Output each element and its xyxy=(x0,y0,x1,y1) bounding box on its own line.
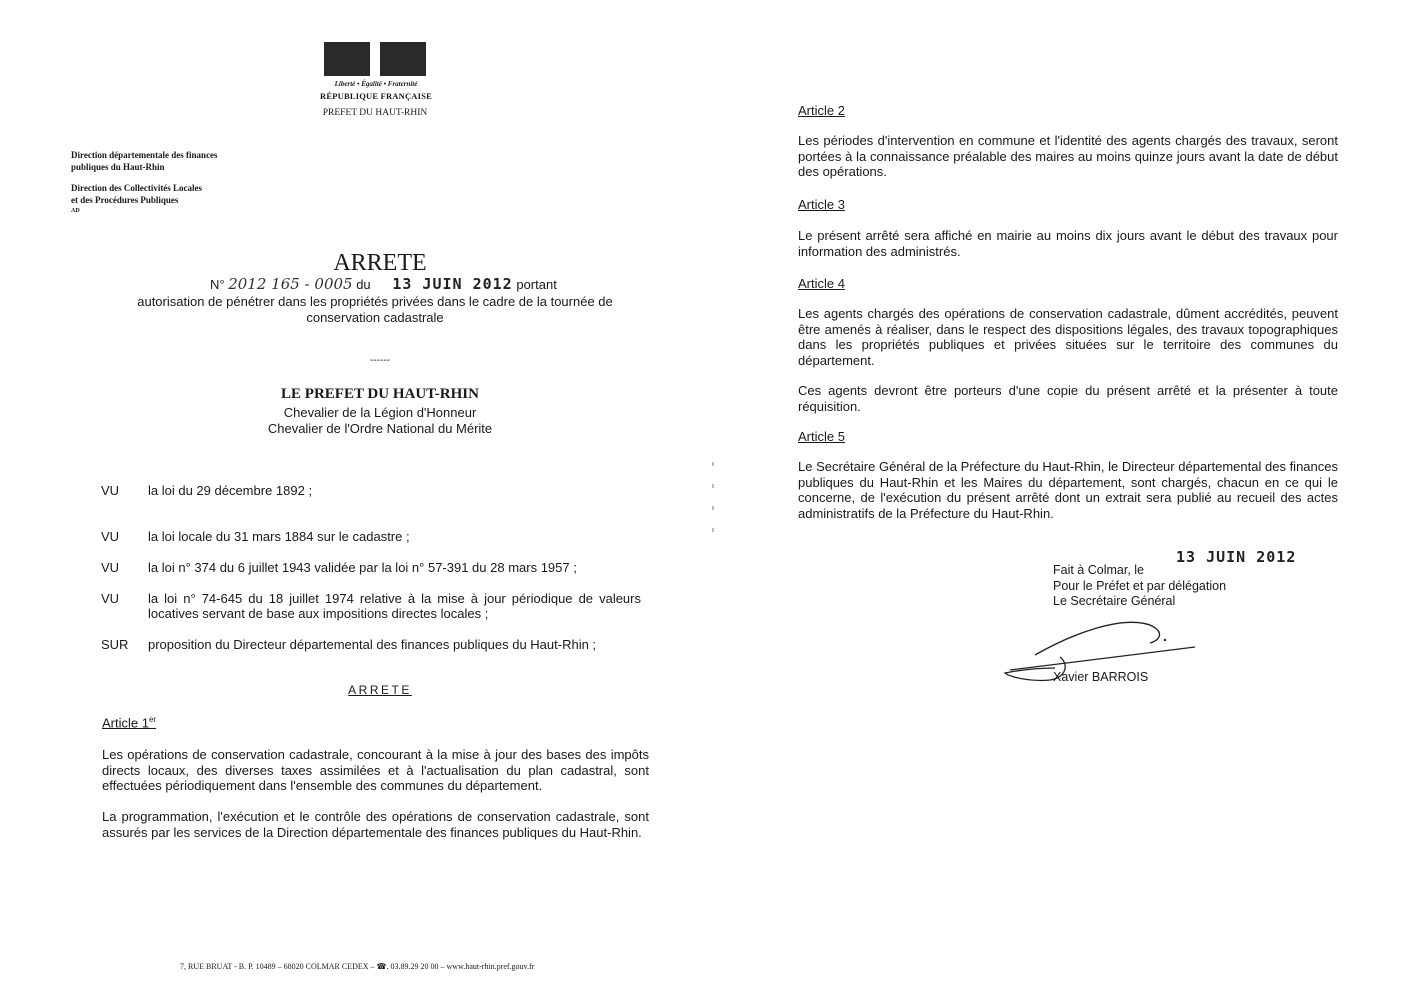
article-4-heading: Article 4 xyxy=(798,276,1338,291)
scan-artifact xyxy=(712,462,714,542)
visa-item: VU la loi n° 374 du 6 juillet 1943 valid… xyxy=(101,560,641,575)
visa-item: VU la loi n° 74-645 du 18 juillet 1974 r… xyxy=(101,591,641,621)
visa-item: VU la loi locale du 31 mars 1884 sur le … xyxy=(101,529,641,544)
prefecture-header: PREFET DU HAUT-RHIN xyxy=(300,108,450,118)
footer-address: 7, RUE BRUAT - B. P. 10489 – 68020 COLMA… xyxy=(180,962,580,971)
article-3-heading: Article 3 xyxy=(798,197,1338,212)
website-link[interactable]: www.haut-rhin.pref.gouv.fr xyxy=(447,962,535,971)
du-label: du xyxy=(356,277,370,292)
arrete-number-line: N° 2012 165 - 0005 du 13 JUIN 2012 porta… xyxy=(210,275,557,293)
article-5-heading: Article 5 xyxy=(798,429,1338,444)
republique-francaise: RÉPUBLIQUE FRANÇAISE xyxy=(318,91,434,101)
article-4-paragraph-2: Ces agents devront être porteurs d'une c… xyxy=(798,383,1338,414)
republic-motto: Liberté • Égalité • Fraternité xyxy=(318,80,434,88)
logo-right-block xyxy=(380,42,426,76)
article-2-paragraph: Les périodes d'intervention en commune e… xyxy=(798,133,1338,180)
signature-block: Fait à Colmar, le Pour le Préfet et par … xyxy=(1053,563,1226,610)
article-5-paragraph: Le Secrétaire Général de la Préfecture d… xyxy=(798,459,1338,521)
article-1-paragraph-2: La programmation, l'exécution et le cont… xyxy=(102,809,649,840)
signatory-name: Xavier BARROIS xyxy=(1053,670,1148,684)
direction-finances: Direction départementale des finances pu… xyxy=(71,149,218,173)
authority-honours: Chevalier de la Légion d'Honneur Chevali… xyxy=(200,405,560,437)
numero-prefix: N° xyxy=(210,277,225,292)
separator: ------ xyxy=(360,355,400,366)
arrete-subject: autorisation de pénétrer dans les propri… xyxy=(120,294,630,326)
author-initials: AD xyxy=(71,208,80,214)
document-title: ARRETE xyxy=(320,250,440,277)
arrete-number: 2012 165 - 0005 xyxy=(228,275,352,293)
article-1-heading: Article 1er xyxy=(102,715,649,730)
article-3-paragraph: Le présent arrêté sera affiché en mairie… xyxy=(798,228,1338,259)
date-stamp: 13 JUIN 2012 xyxy=(392,275,512,293)
article-2-heading: Article 2 xyxy=(798,103,1338,118)
authority-title: LE PREFET DU HAUT-RHIN xyxy=(200,386,560,403)
direction-collectivites: Direction des Collectivités Locales et d… xyxy=(71,182,202,206)
marianne-logo-icon xyxy=(324,42,426,78)
portant-label: portant xyxy=(516,277,556,292)
article-4-paragraph-1: Les agents chargés des opérations de con… xyxy=(798,306,1338,368)
visa-item: SUR proposition du Directeur département… xyxy=(101,637,641,652)
phone-icon: ☎ xyxy=(377,962,387,971)
logo-left-block xyxy=(324,42,370,76)
visa-item: VU la loi du 29 décembre 1892 ; xyxy=(101,483,641,498)
arrete-heading: ARRETE xyxy=(330,683,430,697)
logo-gap xyxy=(370,42,380,76)
article-1-paragraph-1: Les opérations de conservation cadastral… xyxy=(102,747,649,794)
